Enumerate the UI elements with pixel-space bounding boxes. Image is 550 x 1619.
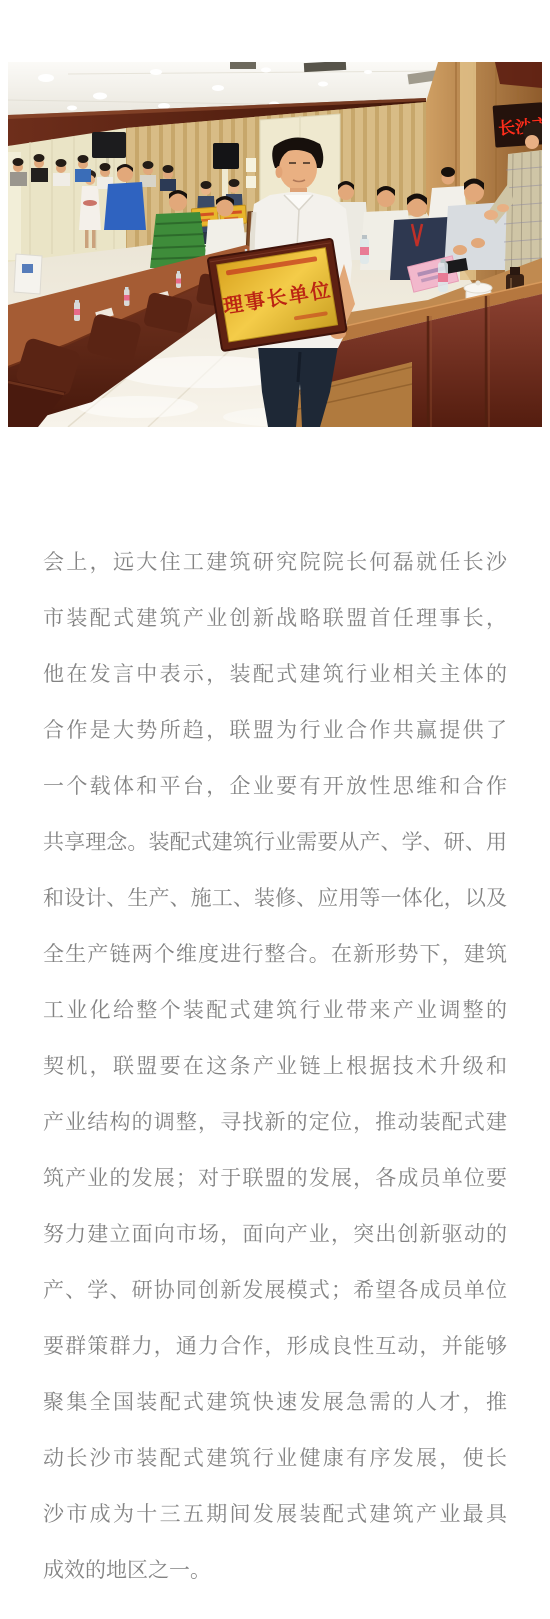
text-line: 成效的地区之一。 — [43, 1543, 507, 1599]
text-line: 筑产业的发展；对于联盟的发展，各成员单位要 — [43, 1151, 507, 1207]
text-line: 和设计、生产、施工、装修、应用等一体化，以及 — [43, 871, 507, 927]
text-line: 工业化给整个装配式建筑行业带来产业调整的 — [43, 983, 507, 1039]
gift-bag — [14, 254, 42, 294]
text-line: 沙市成为十三五期间发展装配式建筑产业最具 — [43, 1487, 507, 1543]
article-text: 会上，远大住工建筑研究院院长何磊就任长沙市装配式建筑产业创新战略联盟首任理事长，… — [43, 535, 507, 1599]
text-line: 产业结构的调整，寻找新的定位，推动装配式建 — [43, 1095, 507, 1151]
text-line: 市装配式建筑产业创新战略联盟首任理事长， — [43, 591, 507, 647]
award-plaque: 理事长单位 — [208, 239, 347, 352]
conference-room-scene: 长沙市 — [8, 62, 542, 427]
text-line: 动长沙市装配式建筑行业健康有序发展，使长 — [43, 1431, 507, 1487]
text-line: 契机，联盟要在这条产业链上根据技术升级和 — [43, 1039, 507, 1095]
text-line: 产、学、研协同创新发展模式；希望各成员单位 — [43, 1263, 507, 1319]
wall-speaker-left — [92, 132, 126, 158]
text-line: 聚集全国装配式建筑快速发展急需的人才，推 — [43, 1375, 507, 1431]
text-line: 共享理念。装配式建筑行业需要从产、学、研、用 — [43, 815, 507, 871]
bottle-mid — [438, 259, 448, 292]
bottle-small — [360, 235, 369, 264]
wall-decor-top-right — [495, 62, 542, 88]
text-line: 合作是大势所趋，联盟为行业合作共赢提供了 — [43, 703, 507, 759]
text-line: 要群策群力，通力合作，形成良性互动，并能够 — [43, 1319, 507, 1375]
text-line: 全生产链两个维度进行整合。在新形势下，建筑 — [43, 927, 507, 983]
text-line: 努力建立面向市场，面向产业，突出创新驱动的 — [43, 1207, 507, 1263]
text-line: 他在发言中表示，装配式建筑行业相关主体的 — [43, 647, 507, 703]
text-line: 一个载体和平台，企业要有开放性思维和合作 — [43, 759, 507, 815]
face — [279, 148, 317, 190]
event-photo: 长沙市 — [8, 62, 542, 427]
text-line: 会上，远大住工建筑研究院院长何磊就任长沙 — [43, 535, 507, 591]
